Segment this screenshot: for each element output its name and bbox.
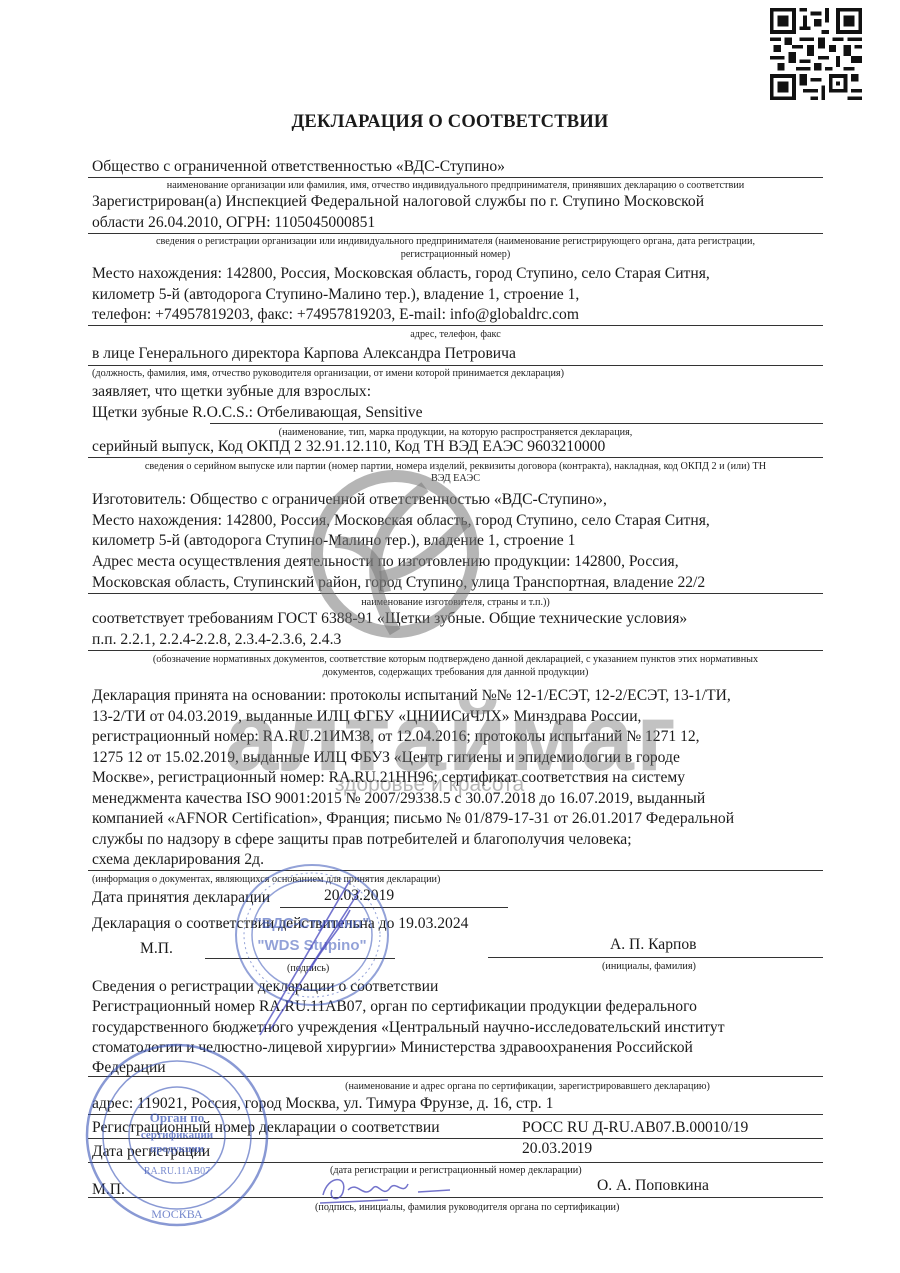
registration-date-label: Дата регистрации	[92, 1142, 210, 1162]
cert-body-address: адрес: 119021, Россия, город Москва, ул.…	[92, 1094, 553, 1114]
cert-head-caption: (подпись, инициалы, фамилия руководителя…	[315, 1201, 619, 1214]
declaration-reg-number: РОСС RU Д-RU.АВ07.В.00010/19	[522, 1118, 748, 1138]
manufacturer-line-3: километр 5-й (автодорога Ступино-Малино …	[92, 531, 575, 551]
divider	[88, 593, 823, 594]
divider	[88, 1114, 823, 1115]
address-line-1: Место нахождения: 142800, Россия, Москов…	[92, 264, 710, 284]
representative-caption: (должность, фамилия, имя, отчество руков…	[92, 367, 564, 380]
registration-caption-1: сведения о регистрации организации или и…	[88, 235, 823, 248]
registration-line-2: области 26.04.2010, ОГРН: 1105045000851	[92, 213, 375, 233]
product-name: Щетки зубные R.O.C.S.: Отбеливающая, Sen…	[92, 403, 423, 423]
cert-body-caption: (наименование и адрес органа по сертифик…	[160, 1080, 895, 1093]
conformity-caption-1: (обозначение нормативных документов, соо…	[88, 653, 823, 666]
divider	[88, 650, 823, 651]
divider	[88, 870, 823, 871]
divider	[88, 325, 823, 326]
signer-caption: (инициалы, фамилия)	[602, 960, 696, 973]
divider	[88, 365, 823, 366]
divider	[88, 1162, 823, 1163]
address-line-2: километр 5-й (автодорога Ступино-Малино …	[92, 285, 579, 305]
manufacturer-line-5: Московская область, Ступинский район, го…	[92, 573, 705, 593]
divider	[88, 177, 823, 178]
acceptance-date-label: Дата принятия декларации	[92, 888, 270, 908]
manufacturer-line-2: Место нахождения: 142800, Россия, Москов…	[92, 511, 710, 531]
address-line-3: телефон: +74957819203, факс: +7495781920…	[92, 305, 579, 325]
svg-text:МОСКВА: МОСКВА	[151, 1207, 203, 1221]
organization-name: Общество с ограниченной ответственностью…	[92, 157, 505, 177]
declaration-reg-number-label: Регистрационный номер декларации о соотв…	[92, 1118, 440, 1138]
organization-caption: наименование организации или фамилия, им…	[88, 179, 823, 192]
registration-caption-2: регистрационный номер)	[88, 248, 823, 261]
registration-line-1: Зарегистрирован(а) Инспекцией Федерально…	[92, 192, 704, 212]
registration-info-title: Сведения о регистрации декларации о соот…	[92, 977, 438, 997]
manufacturer-line-1: Изготовитель: Общество с ограниченной от…	[92, 490, 607, 510]
cert-body-line-3: стоматологии и челюстно-лицевой хирургии…	[92, 1038, 693, 1058]
divider	[88, 233, 823, 234]
registration-date-caption: (дата регистрации и регистрационный номе…	[330, 1164, 582, 1177]
cert-body-line-2: государственного бюджетного учреждения «…	[92, 1018, 725, 1038]
declaration-page: ДЕКЛАРАЦИЯ О СООТВЕТСТВИИ Общество с огр…	[0, 0, 900, 1273]
conformity-caption-2: документов, содержащих требования для да…	[88, 666, 823, 679]
watermark-tagline: здоровье и красота	[335, 773, 524, 797]
cert-body-line-1: Регистрационный номер RA.RU.11АВ07, орга…	[92, 997, 697, 1017]
conformity-line-1: соответствует требованиям ГОСТ 6388-91 «…	[92, 609, 687, 629]
cert-body-line-4: Федерации	[92, 1058, 166, 1078]
divider	[210, 423, 823, 424]
serial-info: серийный выпуск, Код ОКПД 2 32.91.12.110…	[92, 437, 605, 457]
qr-code	[770, 8, 862, 100]
valid-until: Декларация о соответствии действительна …	[92, 914, 468, 934]
divider	[488, 957, 823, 958]
divider	[88, 457, 823, 458]
basis-line-7: компанией «AFNOR Certification», Франция…	[92, 809, 734, 829]
address-caption: адрес, телефон, факс	[88, 328, 823, 341]
divider	[88, 1076, 823, 1077]
svg-text:"WDS Stupino": "WDS Stupino"	[257, 937, 366, 954]
basis-caption: (информация о документах, являющихся осн…	[92, 873, 440, 886]
divider	[88, 1138, 823, 1139]
conformity-line-2: п.п. 2.2.1, 2.2.4-2.2.8, 2.3.4-2.3.6, 2.…	[92, 630, 341, 650]
acceptance-date: 20.03.2019	[324, 886, 394, 906]
serial-caption-2: ВЭД ЕАЭС	[88, 472, 823, 485]
declares-statement: заявляет, что щетки зубные для взрослых:	[92, 382, 371, 402]
manufacturer-line-4: Адрес места осуществления деятельности п…	[92, 552, 679, 572]
signature-caption: (подпись)	[287, 962, 329, 975]
representative: в лице Генерального директора Карпова Ал…	[92, 344, 516, 364]
seal-label: М.П.	[140, 939, 173, 959]
signer-name: А. П. Карпов	[610, 935, 697, 955]
signature-line	[205, 958, 395, 959]
page-title: ДЕКЛАРАЦИЯ О СООТВЕТСТВИИ	[0, 112, 900, 133]
basis-line-8: службы по надзору в сфере защиты прав по…	[92, 830, 632, 850]
svg-text:RA.RU.11АВ07: RA.RU.11АВ07	[144, 1166, 210, 1177]
manufacturer-caption: наименование изготовителя, страны и т.п.…	[88, 596, 823, 609]
basis-line-9: схема декларирования 2д.	[92, 850, 264, 870]
divider	[88, 1197, 823, 1198]
divider	[280, 907, 508, 908]
cert-head-name: О. А. Поповкина	[597, 1176, 709, 1196]
registration-date: 20.03.2019	[522, 1139, 592, 1159]
